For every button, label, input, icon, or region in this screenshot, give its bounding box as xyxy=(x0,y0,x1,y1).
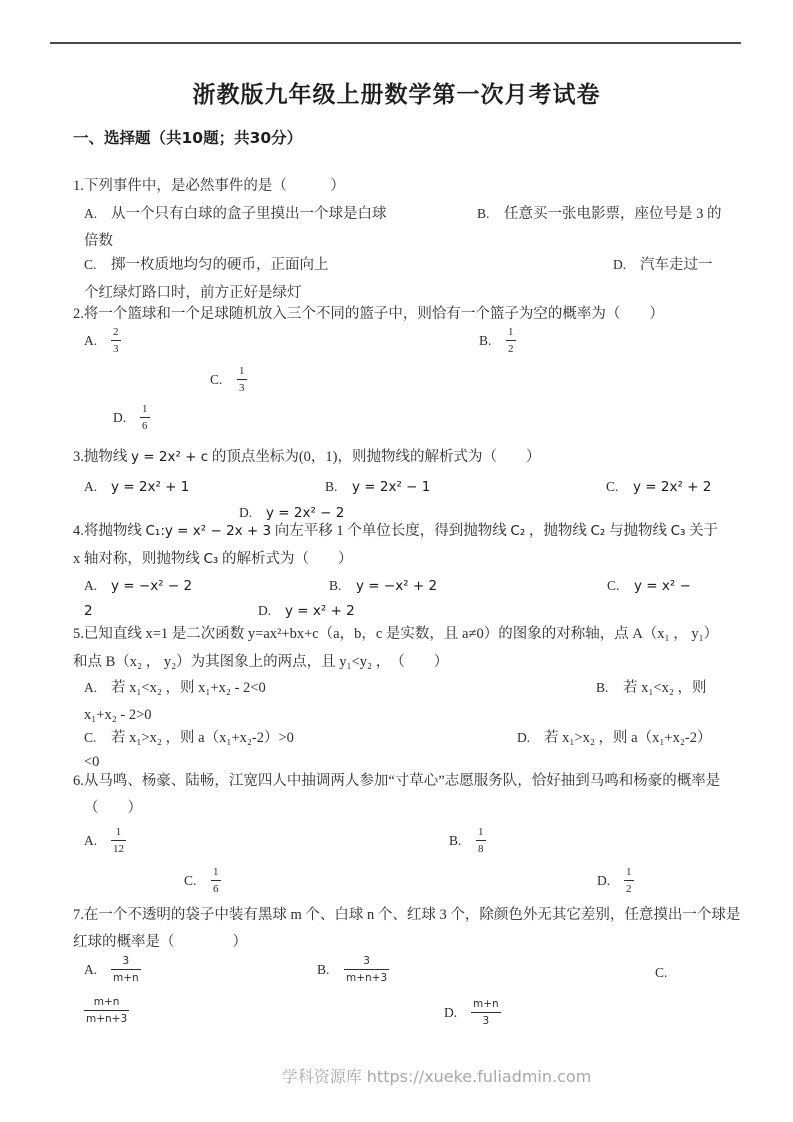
fraction-bar xyxy=(344,969,389,970)
q3-option-a: A. y = 2x² + 1 xyxy=(84,477,189,497)
fraction-denominator: 3 xyxy=(237,382,247,394)
q3-option-b-formula: y = 2x² − 1 xyxy=(352,477,430,497)
q7-option-a-label: A. xyxy=(84,960,111,980)
fraction-numerator: 3 xyxy=(121,955,132,967)
q1-option-d-cont: 个红绿灯路口时，前方正好是绿灯 xyxy=(84,283,302,303)
q4-option-a-formula: y = −x² − 2 xyxy=(111,576,192,596)
q4-option-a: A. y = −x² − 2 xyxy=(84,576,192,596)
fraction-numerator: 1 xyxy=(624,866,634,878)
fraction-numerator: 1 xyxy=(140,403,150,415)
q4-option-b-formula: y = −x² + 2 xyxy=(356,576,437,596)
q4-option-b-label: B. xyxy=(329,576,356,596)
fraction-denominator: 3 xyxy=(481,1015,492,1027)
q4-option-d-formula: y = x² + 2 xyxy=(285,601,355,621)
fraction-bar xyxy=(506,340,516,341)
fraction-numerator: 1 xyxy=(114,826,124,838)
exam-page: 浙教版九年级上册数学第一次月考试卷 一、选择题（共10题；共30分） 1.下列事… xyxy=(0,0,793,1122)
q5-option-d: D. 若 x₁>x₂ ，则 a（x₁+x₂-2） xyxy=(517,728,711,748)
fraction-bar xyxy=(140,417,150,418)
q2-option-b: B. 1 2 xyxy=(479,326,516,355)
fraction-denominator: 12 xyxy=(111,843,126,855)
q1-option-a-text: 从一个只有白球的盒子里摸出一个球是白球 xyxy=(111,204,387,224)
q3-stem-text-post: 的顶点坐标为(0，1)，则抛物线的解析式为（ ） xyxy=(208,449,540,465)
q3-option-b-label: B. xyxy=(325,477,352,497)
q6-option-b: B. 1 8 xyxy=(449,826,486,855)
q3-option-c: C. y = 2x² + 2 xyxy=(606,477,711,497)
q7-option-d-fraction: m+n 3 xyxy=(471,998,501,1027)
fraction-bar xyxy=(111,969,141,970)
q2-option-d: D. 1 6 xyxy=(113,403,150,432)
fraction-denominator: 6 xyxy=(211,883,221,895)
q5-stem-line2: 和点 B（x₂ ， y₂）为其图象上的两点，且 y₁<y₂ ， （ ） xyxy=(73,652,448,672)
q4-stem-text: ，抛物线 xyxy=(525,523,590,539)
q2-option-a: A. 2 3 xyxy=(84,326,121,355)
fraction-denominator: 2 xyxy=(506,343,516,355)
fraction-numerator: 1 xyxy=(506,326,516,338)
fraction-numerator: 1 xyxy=(476,826,486,838)
q7-option-c-label: C. xyxy=(655,963,682,983)
q1-option-b: B. 任意买一张电影票，座位号是 3 的 xyxy=(477,204,722,224)
q2-stem: 2.将一个篮球和一个足球随机放入三个不同的篮子中，则恰有一个篮子为空的概率为（ … xyxy=(73,304,664,324)
q5-option-a-text: 若 x₁<x₂ ，则 x₁+x₂ - 2<0 xyxy=(111,678,266,698)
q7-option-a-fraction: 3 m+n xyxy=(111,955,141,984)
q7-option-d-label: D. xyxy=(444,1003,471,1023)
q5-option-b: B. 若 x₁<x₂ ，则 xyxy=(596,678,707,698)
section-heading: 一、选择题（共10题；共30分） xyxy=(73,128,302,148)
q4-option-d-label: D. xyxy=(258,601,285,621)
q6-option-a-fraction: 1 12 xyxy=(111,826,126,855)
fraction-denominator: 6 xyxy=(140,420,150,432)
q6-stem-line1: 6.从马鸣、杨豪、陆畅，江宽四人中抽调两人参加“寸草心”志愿服务队，恰好抽到马鸣… xyxy=(73,771,720,791)
q5-option-a-label: A. xyxy=(84,678,111,698)
q6-option-b-fraction: 1 8 xyxy=(476,826,486,855)
q4-option-b: B. y = −x² + 2 xyxy=(329,576,437,596)
q5-option-d-cont: <0 xyxy=(84,752,99,772)
q6-option-b-label: B. xyxy=(449,831,476,851)
q1-option-d-text: 汽车走过一 xyxy=(640,255,713,275)
q4-stem-formula-c3: C₃ xyxy=(204,551,219,567)
q2-option-d-label: D. xyxy=(113,408,140,428)
fraction-denominator: 3 xyxy=(111,343,121,355)
fraction-numerator: 2 xyxy=(111,326,121,338)
q7-option-a: A. 3 m+n xyxy=(84,955,141,984)
q1-option-c: C. 掷一枚质地均匀的硬币，正面向上 xyxy=(84,255,329,275)
fraction-bar xyxy=(624,880,634,881)
q4-stem-formula-c1: C₁:y = x² − 2x + 3 xyxy=(146,523,272,539)
q3-stem-formula: y = 2x² + c xyxy=(131,449,208,465)
q3-stem: 3.抛物线 y = 2x² + c 的顶点坐标为(0，1)，则抛物线的解析式为（… xyxy=(73,447,540,467)
q3-stem-text-pre: 3.抛物线 xyxy=(73,449,131,465)
fraction-bar xyxy=(211,880,221,881)
q6-option-a-label: A. xyxy=(84,831,111,851)
q4-option-c-cont: 2 xyxy=(84,601,93,621)
q1-option-d: D. 汽车走过一 xyxy=(613,255,713,275)
q5-option-b-text: 若 x₁<x₂ ，则 xyxy=(623,678,707,698)
q3-option-b: B. y = 2x² − 1 xyxy=(325,477,430,497)
fraction-numerator: 1 xyxy=(211,866,221,878)
q2-option-a-label: A. xyxy=(84,331,111,351)
q6-option-c: C. 1 6 xyxy=(184,866,221,895)
fraction-denominator: 2 xyxy=(624,883,634,895)
footer-watermark: 学科资源库 https://xueke.fuliadmin.com xyxy=(40,1064,793,1087)
q7-option-c-fraction: m+n m+n+3 xyxy=(84,996,129,1025)
q7-option-b-fraction: 3 m+n+3 xyxy=(344,955,389,984)
q4-option-c-label: C. xyxy=(607,576,634,596)
q5-option-c-label: C. xyxy=(84,728,111,748)
q2-option-d-fraction: 1 6 xyxy=(140,403,150,432)
fraction-bar xyxy=(111,340,121,341)
q4-stem-text: 与抛物线 xyxy=(605,523,670,539)
q5-option-a: A. 若 x₁<x₂ ，则 x₁+x₂ - 2<0 xyxy=(84,678,266,698)
q1-option-d-label: D. xyxy=(613,255,640,275)
q6-stem-line2: （ ） xyxy=(84,798,142,818)
q6-option-d-label: D. xyxy=(597,871,624,891)
q2-option-c-label: C. xyxy=(210,370,237,390)
q3-option-a-label: A. xyxy=(84,477,111,497)
q6-option-d: D. 1 2 xyxy=(597,866,634,895)
q4-stem-text: 4.将抛物线 xyxy=(73,523,146,539)
q4-stem-text: 向左平移 1 个单位长度，得到抛物线 xyxy=(271,523,510,539)
q4-stem-text: x 轴对称，则抛物线 xyxy=(73,551,204,567)
fraction-bar xyxy=(84,1010,129,1011)
q1-option-c-label: C. xyxy=(84,255,111,275)
q4-stem-text: 的解析式为（ ） xyxy=(218,551,352,567)
q3-option-d-label: D. xyxy=(239,503,266,523)
q4-stem-line1: 4.将抛物线 C₁:y = x² − 2x + 3 向左平移 1 个单位长度，得… xyxy=(73,521,718,541)
q7-stem-line2: 红球的概率是（ ） xyxy=(73,932,247,952)
q7-stem-line1: 7.在一个不透明的袋子中装有黑球 m 个、白球 n 个、红球 3 个，除颜色外无… xyxy=(73,905,740,925)
q4-option-c-formula: y = x² − xyxy=(634,576,691,596)
q1-option-b-label: B. xyxy=(477,204,504,224)
fraction-denominator: m+n+3 xyxy=(344,972,389,984)
q1-stem: 1.下列事件中，是必然事件的是（ ） xyxy=(73,176,345,196)
q5-option-d-label: D. xyxy=(517,728,544,748)
fraction-bar xyxy=(111,840,126,841)
q4-stem-formula-c2: C₂ xyxy=(510,523,525,539)
fraction-numerator: 3 xyxy=(361,955,372,967)
page-title: 浙教版九年级上册数学第一次月考试卷 xyxy=(0,76,793,109)
q5-option-c-text: 若 x₁>x₂ ，则 a（x₁+x₂-2）>0 xyxy=(111,728,294,748)
fraction-numerator: 1 xyxy=(237,365,247,377)
q4-option-c: C. y = x² − xyxy=(607,576,691,596)
q4-stem-text: 关于 xyxy=(685,523,718,539)
q5-option-b-label: B. xyxy=(596,678,623,698)
q5-option-b-cont: x₁+x₂ - 2>0 xyxy=(84,705,152,725)
q7-option-b-label: B. xyxy=(317,960,344,980)
q6-option-c-fraction: 1 6 xyxy=(211,866,221,895)
fraction-bar xyxy=(476,840,486,841)
top-rule xyxy=(50,42,741,44)
q6-option-c-label: C. xyxy=(184,871,211,891)
q1-option-a-label: A. xyxy=(84,204,111,224)
q3-option-c-label: C. xyxy=(606,477,633,497)
q3-option-d: D. y = 2x² − 2 xyxy=(239,503,344,523)
q3-option-a-formula: y = 2x² + 1 xyxy=(111,477,189,497)
q4-option-a-label: A. xyxy=(84,576,111,596)
q1-option-b-cont: 倍数 xyxy=(84,231,113,251)
q5-option-c: C. 若 x₁>x₂ ，则 a（x₁+x₂-2）>0 xyxy=(84,728,294,748)
q3-option-d-formula: y = 2x² − 2 xyxy=(266,503,344,523)
q1-option-b-text: 任意买一张电影票，座位号是 3 的 xyxy=(504,204,722,224)
fraction-denominator: m+n+3 xyxy=(84,1013,129,1025)
q2-option-a-fraction: 2 3 xyxy=(111,326,121,355)
q2-option-c: C. 1 3 xyxy=(210,365,247,394)
q3-option-c-formula: y = 2x² + 2 xyxy=(633,477,711,497)
q4-stem-formula-c2: C₂ xyxy=(590,523,605,539)
fraction-bar xyxy=(471,1012,501,1013)
q2-option-b-fraction: 1 2 xyxy=(506,326,516,355)
q4-stem-formula-c3: C₃ xyxy=(671,523,686,539)
q2-option-b-label: B. xyxy=(479,331,506,351)
fraction-bar xyxy=(237,379,247,380)
q5-option-d-text: 若 x₁>x₂ ，则 a（x₁+x₂-2） xyxy=(544,728,711,748)
q2-option-c-fraction: 1 3 xyxy=(237,365,247,394)
q4-stem-line2: x 轴对称，则抛物线 C₃ 的解析式为（ ） xyxy=(73,549,352,569)
fraction-denominator: 8 xyxy=(476,843,486,855)
q5-stem-line1: 5.已知直线 x=1 是二次函数 y=ax²+bx+c（a，b，c 是实数，且 … xyxy=(73,624,718,644)
q1-option-a: A. 从一个只有白球的盒子里摸出一个球是白球 xyxy=(84,204,387,224)
fraction-numerator: m+n xyxy=(471,998,501,1010)
q7-option-d: D. m+n 3 xyxy=(444,998,501,1027)
q4-option-d: D. y = x² + 2 xyxy=(258,601,355,621)
fraction-numerator: m+n xyxy=(92,996,122,1008)
q7-option-b: B. 3 m+n+3 xyxy=(317,955,389,984)
fraction-denominator: m+n xyxy=(111,972,141,984)
q6-option-a: A. 1 12 xyxy=(84,826,126,855)
q1-option-c-text: 掷一枚质地均匀的硬币，正面向上 xyxy=(111,255,329,275)
q6-option-d-fraction: 1 2 xyxy=(624,866,634,895)
